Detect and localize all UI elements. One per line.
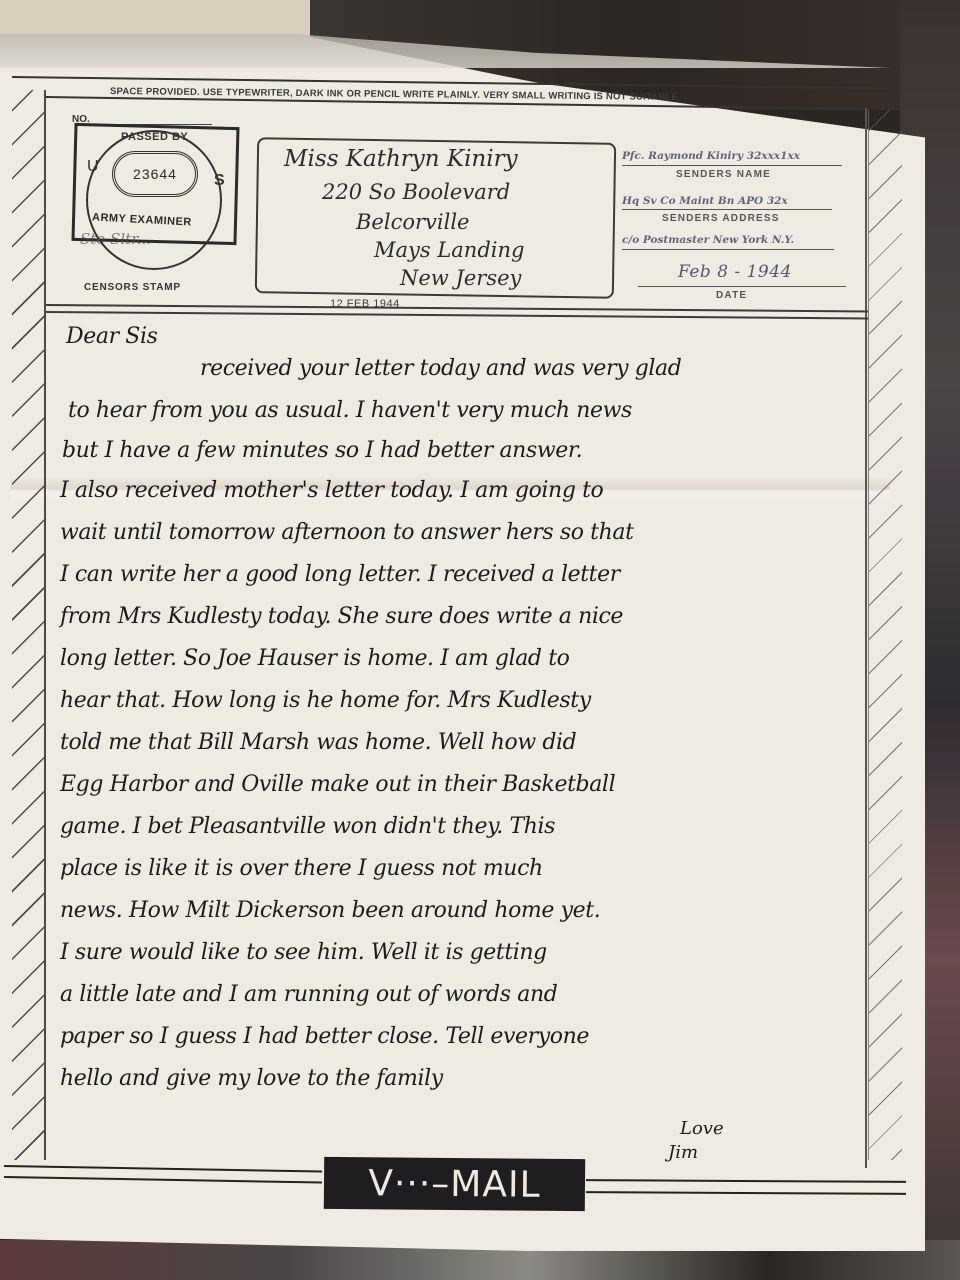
censors-stamp-label: CENSORS STAMP [84,282,181,293]
stamp-passed-by: PASSED BY [121,131,188,143]
letter-line: a little late and I am running out of wo… [60,982,557,1007]
postmark-date: 12 FEB 1944 [330,298,400,310]
letter-closing: Love [680,1118,724,1139]
letter-line: Egg Harbor and Oville make out in their … [60,772,615,797]
letter-signature: Jim [668,1142,698,1163]
sender-address-value-2: c/o Postmaster New York N.Y. [622,234,794,246]
letter-line: paper so I guess I had better close. Tel… [60,1024,589,1049]
letter-line: but I have a few minutes so I had better… [62,438,582,463]
stamp-number: 23644 [112,151,198,197]
field-line [638,286,846,287]
letter-line: to hear from you as usual. I haven't ver… [68,398,632,423]
frame-line [865,108,867,1168]
stamp-letter-s: S [214,172,225,190]
recipient-state: New Jersey [400,266,521,290]
hatched-border-right [868,110,902,1160]
recipient-name: Miss Kathryn Kiniry [284,146,518,172]
vmail-logo: V···–MAIL [324,1157,585,1211]
sender-name-value: Pfc. Raymond Kiniry 32xxx1xx [622,150,800,162]
senders-name-label: SENDERS NAME [676,169,771,180]
senders-address-label: SENDERS ADDRESS [662,213,780,224]
recipient-town: Belcorville [356,210,469,234]
letter-line: told me that Bill Marsh was home. Well h… [60,730,576,755]
stamp-letter-u: U [87,158,99,176]
field-line [622,209,832,210]
letter-line: received your letter today and was very … [200,356,681,381]
letter-line: I also received mother's letter today. I… [60,478,603,503]
hatched-border-left [12,90,46,1160]
letter-line: game. I bet Pleasantville won didn't the… [60,814,555,839]
recipient-street: 220 So Boolevard [322,180,510,204]
date-label: DATE [716,290,747,301]
sender-address-value: Hq Sv Co Maint Bn APO 32x [622,195,788,207]
letter-line: news. How Milt Dickerson been around hom… [60,898,600,923]
letter-date-value: Feb 8 - 1944 [678,262,792,282]
field-line [622,249,834,250]
censor-signature: Sto Sltr... [80,230,151,248]
letter-line: I sure would like to see him. Well it is… [60,940,547,965]
letter-line: hear that. How long is he home for. Mrs … [60,688,591,713]
letter-line: place is like it is over there I guess n… [60,856,543,881]
letter-greeting: Dear Sis [66,324,157,349]
field-line [622,165,842,166]
letter-line: hello and give my love to the family [60,1066,443,1091]
letter-line: long letter. So Joe Hauser is home. I am… [60,646,570,671]
letter-line: from Mrs Kudlesty today. She sure does w… [60,604,623,629]
recipient-city: Mays Landing [374,238,524,262]
letter-line: I can write her a good long letter. I re… [60,562,620,587]
letter-line: wait until tomorrow afternoon to answer … [60,520,634,545]
